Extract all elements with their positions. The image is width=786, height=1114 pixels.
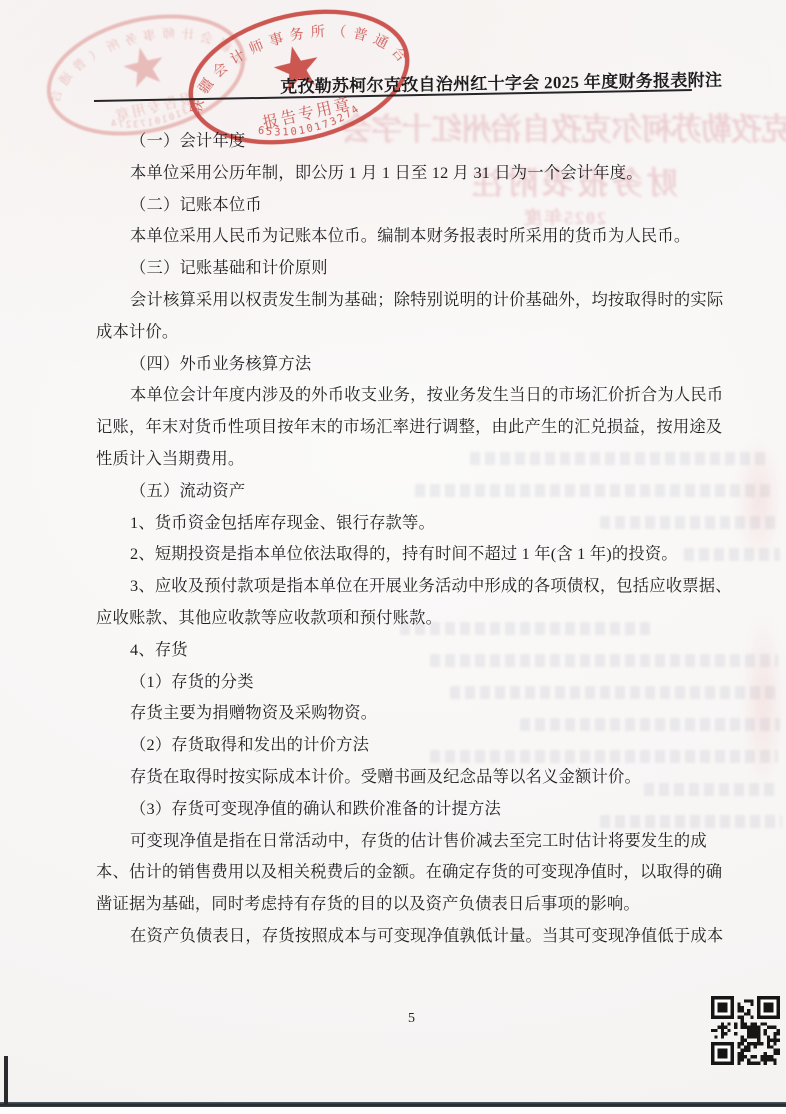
page-number: 5 [408, 1011, 415, 1027]
text-line: 可变现净值是指在日常活动中，存货的估计售价减去至完工时估计将要发生的成 [96, 827, 750, 859]
scan-edge-left-mark [4, 1056, 8, 1105]
scanned-document-page: { "page": { "title": "克孜勒苏柯尔克孜自治州红十字会 20… [0, 0, 786, 1114]
text-line: 应收账款、其他应收款等应收款项和预付账款。 [96, 604, 750, 636]
text-line: 本单位采用公历年制，即公历 1 月 1 日至 12 月 31 日为一个会计年度。 [96, 159, 750, 191]
text-line: 性质计入当期费用。 [96, 445, 750, 477]
text-line: 本单位采用人民币为记账本位币。编制本财务报表时所采用的货币为人民币。 [96, 222, 750, 254]
text-line: 2、短期投资是指本单位依法取得的，持有时间不超过 1 年(含 1 年)的投资。 [96, 540, 750, 572]
text-line: 记账，年末对货币性项目按年末的市场汇率进行调整，由此产生的汇兑损益，按用途及 [96, 413, 750, 445]
body-lines: （一）会计年度本单位采用公历年制，即公历 1 月 1 日至 12 月 31 日为… [96, 127, 750, 954]
text-line: 4、存货 [96, 636, 750, 668]
text-line: （一）会计年度 [96, 127, 750, 159]
text-line: 本单位会计年度内涉及的外币收支业务，按业务发生当日的市场汇价折合为人民币 [96, 381, 750, 413]
text-line: 3、应收及预付款项是指本单位在开展业务活动中形成的各项债权，包括应收票据、 [96, 572, 750, 604]
text-line: （四）外币业务核算方法 [96, 350, 750, 382]
text-line: （1）存货的分类 [96, 668, 750, 700]
qr-code [711, 996, 780, 1065]
scan-edge-below [0, 1107, 786, 1114]
text-line: 1、货币资金包括库存现金、银行存款等。 [96, 509, 750, 541]
text-line: 在资产负债表日，存货按照成本与可变现净值孰低计量。当其可变现净值低于成本 [96, 922, 750, 954]
text-line: （二）记账本位币 [96, 191, 750, 223]
text-line: 本、估计的销售费用以及相关税费后的金额。在确定存货的可变现净值时，以取得的确 [96, 858, 750, 890]
text-line: 存货在取得时按实际成本计价。受赠书画及纪念品等以名义金额计价。 [96, 763, 750, 795]
text-line: （三）记账基础和计价原则 [96, 254, 750, 286]
text-line: （2）存货取得和发出的计价方法 [96, 731, 750, 763]
text-line: 凿证据为基础，同时考虑持有存货的目的以及资产负债表日后事项的影响。 [96, 890, 750, 922]
text-line: 成本计价。 [96, 318, 750, 350]
text-line: 存货主要为捐赠物资及采购物资。 [96, 699, 750, 731]
text-line: （3）存货可变现净值的确认和跌价准备的计提方法 [96, 795, 750, 827]
text-line: 会计核算采用以权责发生制为基础；除特别说明的计价基础外，均按取得时的实际 [96, 286, 750, 318]
text-line: （五）流动资产 [96, 477, 750, 509]
